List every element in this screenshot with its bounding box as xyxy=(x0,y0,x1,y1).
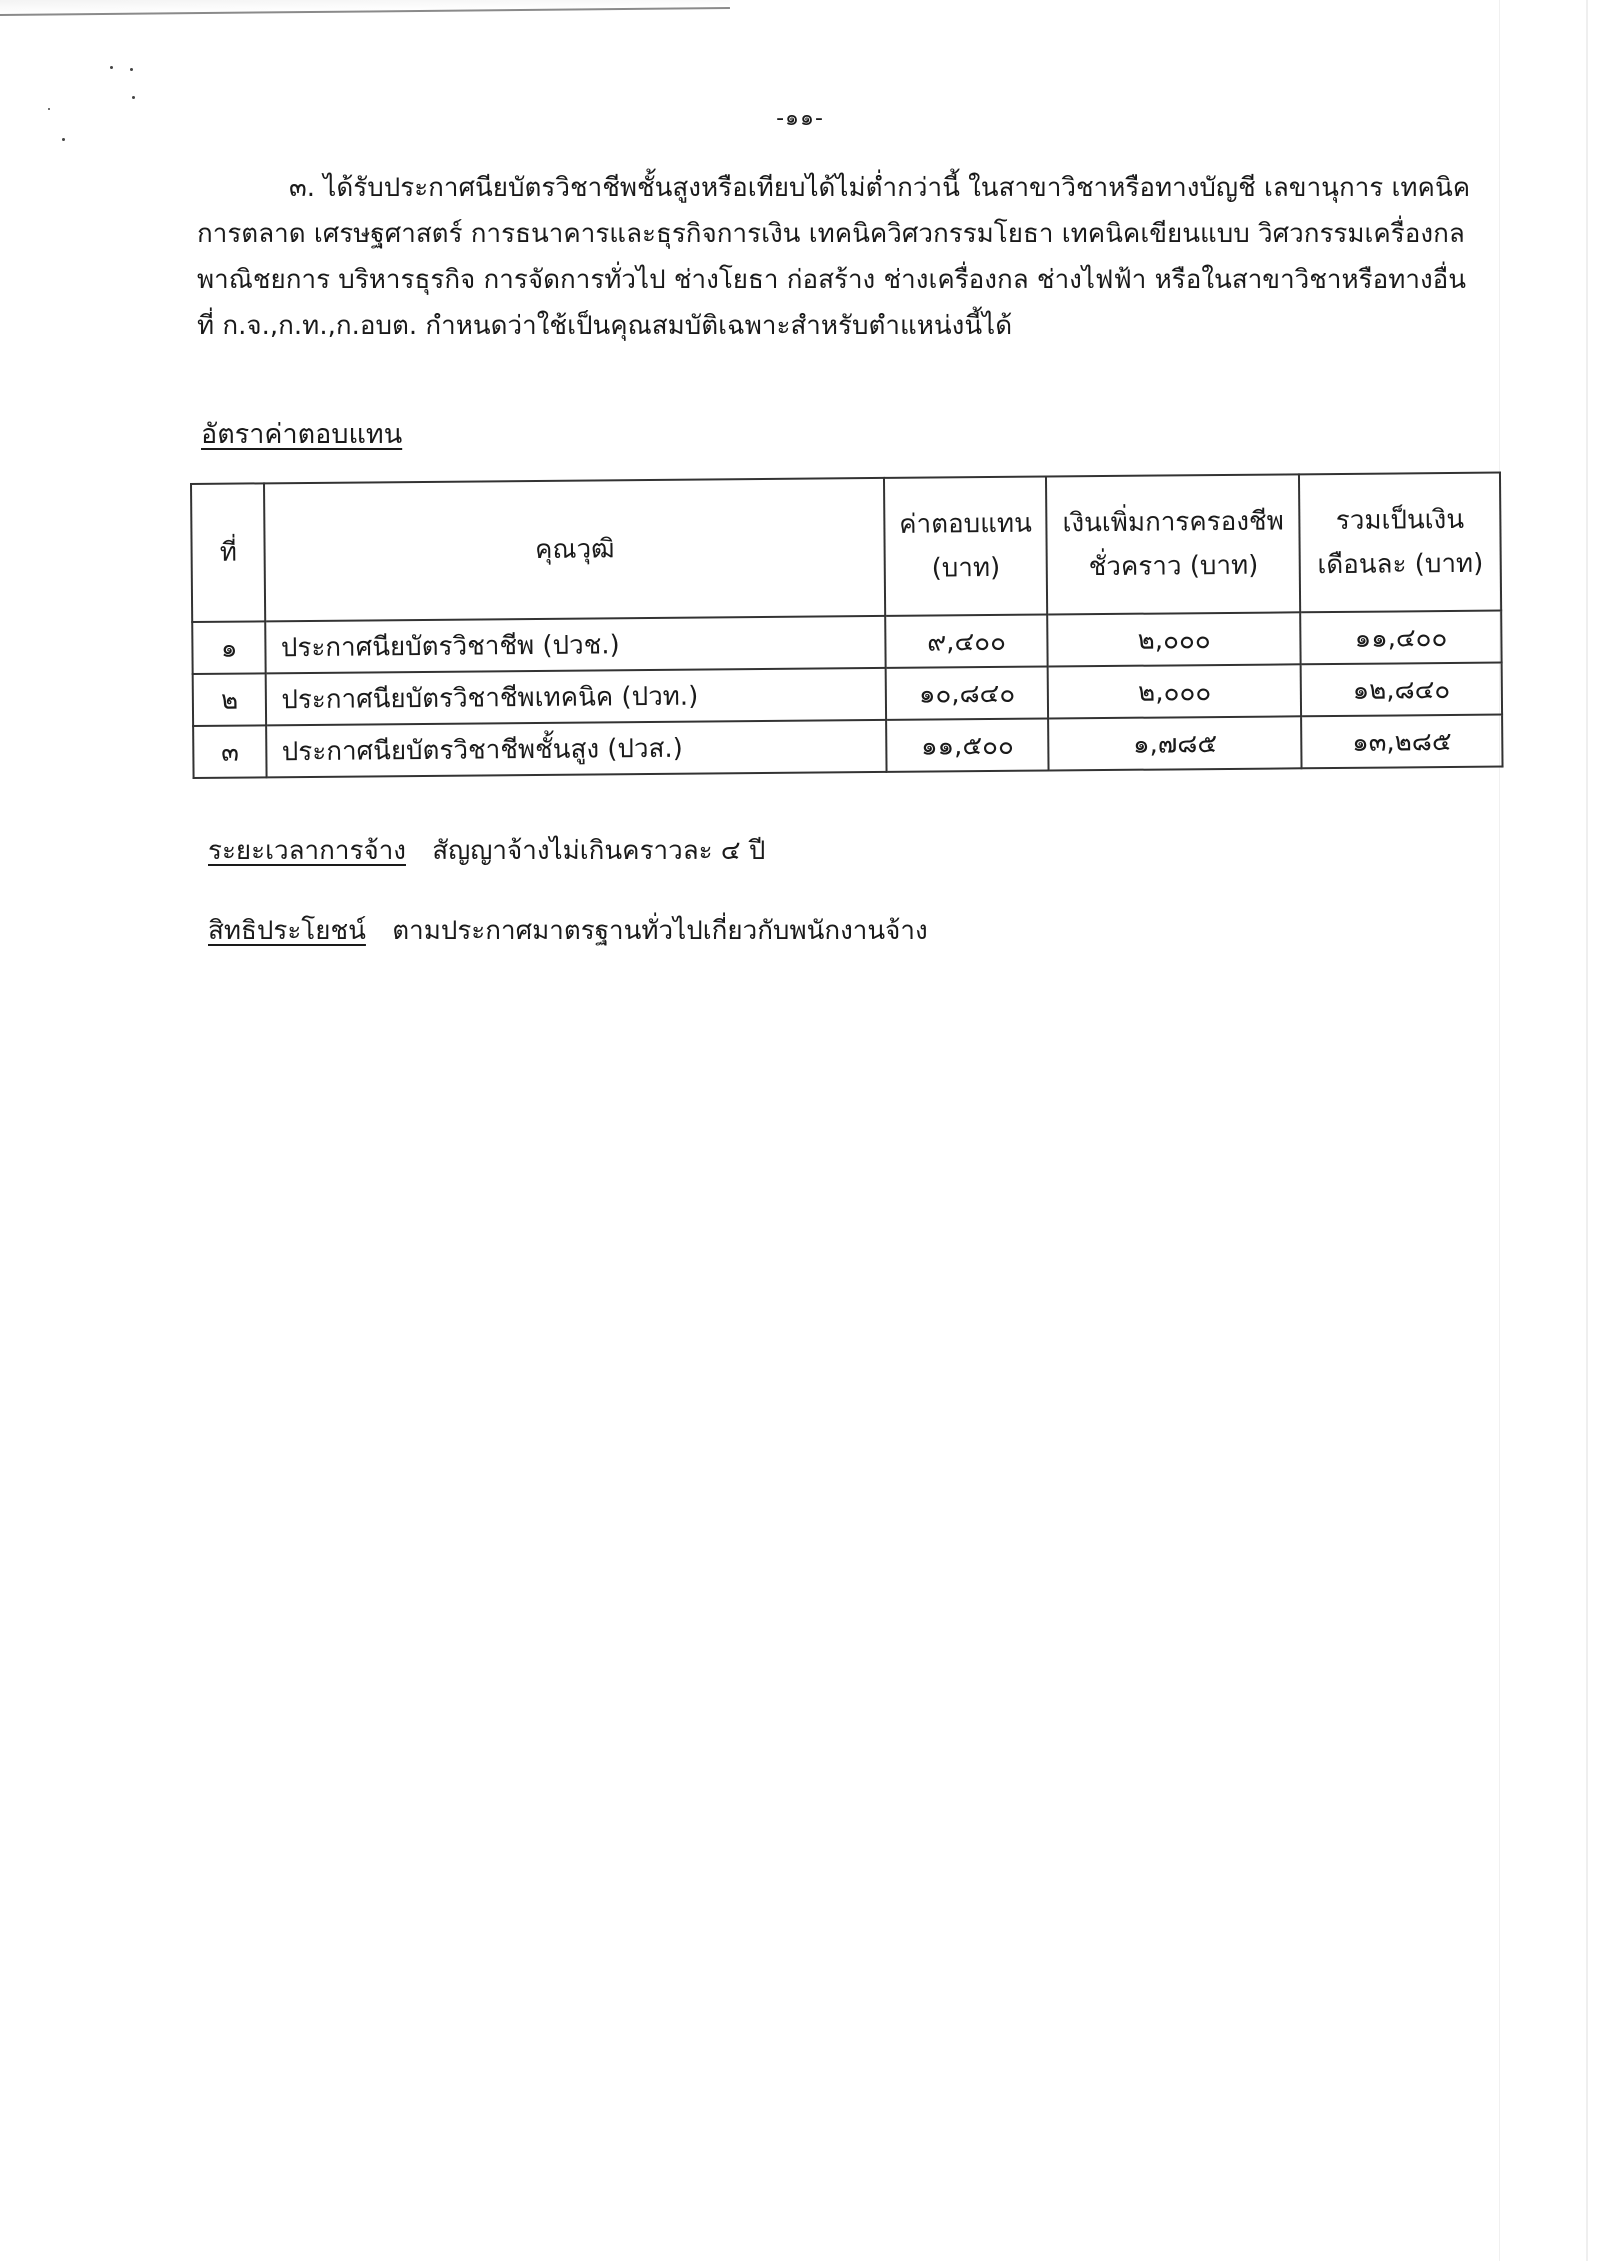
cell-allowance: ๑,๗๘๕ xyxy=(1048,716,1301,770)
scan-edge-right xyxy=(1499,0,1500,2261)
cell-qualification: ประกาศนียบัตรวิชาชีพชั้นสูง (ปวส.) xyxy=(267,720,887,777)
employment-duration-value: สัญญาจ้างไม่เกินคราวละ ๔ ปี xyxy=(432,836,765,866)
paragraph-line: ที่ ก.จ.,ก.ท.,ก.อบต. กำหนดว่าใช้เป็นคุณส… xyxy=(197,303,1497,349)
cell-total: ๑๒,๘๔๐ xyxy=(1301,663,1502,717)
cell-qualification: ประกาศนียบัตรวิชาชีพ (ปวช.) xyxy=(266,616,886,673)
header-pay: ค่าตอบแทน (บาท) xyxy=(884,477,1048,616)
benefits: สิทธิประโยชน์ ตามประกาศมาตรฐานทั่วไปเกี่… xyxy=(208,910,928,951)
header-qualification: คุณวุฒิ xyxy=(264,478,885,621)
scan-speck xyxy=(132,96,135,99)
scan-speck xyxy=(130,68,133,71)
compensation-heading: อัตราค่าตอบแทน xyxy=(201,412,402,455)
paragraph-line: การตลาด เศรษฐศาสตร์ การธนาคารและธุรกิจกา… xyxy=(197,211,1497,257)
header-total-line2: เดือนละ (บาท) xyxy=(1311,542,1490,588)
table-row: ๓ ประกาศนียบัตรวิชาชีพชั้นสูง (ปวส.) ๑๑,… xyxy=(193,715,1502,778)
scan-edge-right-outer xyxy=(1586,0,1588,2261)
cell-pay: ๑๐,๘๔๐ xyxy=(886,667,1049,720)
scan-speck xyxy=(110,66,113,69)
cell-allowance: ๒,๐๐๐ xyxy=(1048,664,1301,718)
header-pay-line2: (บาท) xyxy=(896,546,1037,591)
header-pay-line1: ค่าตอบแทน xyxy=(895,502,1036,547)
paragraph-line: พาณิชยการ บริหารธุรกิจ การจัดการทั่วไป ช… xyxy=(197,257,1497,303)
header-allowance-line1: เงินเพิ่มการครองชีพ xyxy=(1058,499,1289,545)
header-allowance: เงินเพิ่มการครองชีพ ชั่วคราว (บาท) xyxy=(1046,474,1300,614)
page-number: -๑๑- xyxy=(0,100,1600,135)
cell-no: ๓ xyxy=(193,725,267,778)
header-allowance-line2: ชั่วคราว (บาท) xyxy=(1058,543,1289,589)
cell-total: ๑๓,๒๘๕ xyxy=(1301,715,1502,769)
cell-total: ๑๑,๔๐๐ xyxy=(1300,611,1501,665)
cell-no: ๒ xyxy=(193,673,267,726)
header-total-line1: รวมเป็นเงิน xyxy=(1310,498,1489,544)
employment-duration: ระยะเวลาการจ้าง สัญญาจ้างไม่เกินคราวละ ๔… xyxy=(208,830,765,871)
header-no: ที่ xyxy=(191,483,266,622)
benefits-value: ตามประกาศมาตรฐานทั่วไปเกี่ยวกับพนักงานจ้… xyxy=(392,916,928,946)
compensation-table: ที่ คุณวุฒิ ค่าตอบแทน (บาท) เงินเพิ่มการ… xyxy=(190,472,1504,779)
cell-pay: ๑๑,๕๐๐ xyxy=(886,719,1049,772)
benefits-label: สิทธิประโยชน์ xyxy=(208,916,366,946)
qualification-paragraph: ๓. ได้รับประกาศนียบัตรวิชาชีพชั้นสูงหรือ… xyxy=(197,165,1497,349)
cell-allowance: ๒,๐๐๐ xyxy=(1048,612,1301,666)
scan-speck xyxy=(62,138,65,141)
employment-duration-label: ระยะเวลาการจ้าง xyxy=(208,836,406,866)
paragraph-line: ๓. ได้รับประกาศนียบัตรวิชาชีพชั้นสูงหรือ… xyxy=(197,165,1497,211)
cell-no: ๑ xyxy=(192,621,266,674)
scan-edge-top xyxy=(0,0,730,16)
cell-pay: ๙,๔๐๐ xyxy=(885,615,1048,668)
cell-qualification: ประกาศนียบัตรวิชาชีพเทคนิค (ปวท.) xyxy=(266,668,886,725)
table-header-row: ที่ คุณวุฒิ ค่าตอบแทน (บาท) เงินเพิ่มการ… xyxy=(191,473,1501,622)
header-total: รวมเป็นเงิน เดือนละ (บาท) xyxy=(1299,473,1501,613)
